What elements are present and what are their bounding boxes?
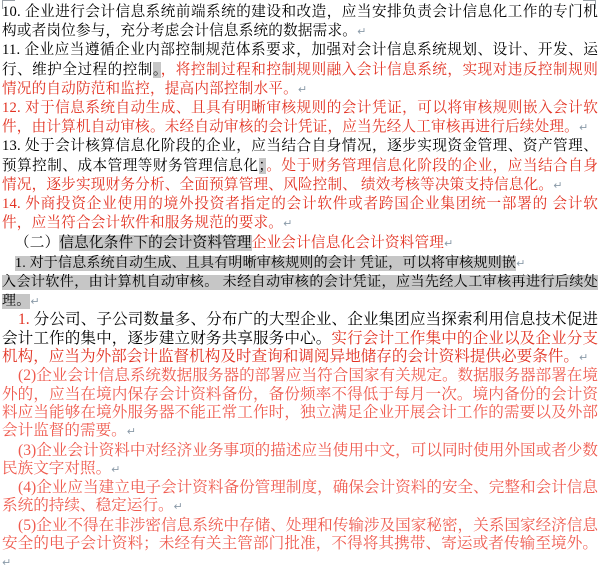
paragraph-duplicated-item-1: 1. 对于信息系统自动生成、且具有明晰审核规则的会计 凭证，可以将审核规则嵌↵入… [2,254,598,311]
heading-old-title-highlighted: 信息化条件下的会计资料管理 [59,235,251,251]
highlighted-text-run: 入会计软件，由计算机自动审核。 未经自动审核的会计凭证，应当先经人工审核再进行后… [2,275,598,309]
highlighted-text-run: ； [259,158,267,174]
paragraph-mark: ↵ [174,500,183,513]
paragraph-sub-3: (3)企业会计资料中对经济业务事项的描述应当使用中文，可以同时使用外国或者少数民… [2,442,598,480]
paragraph-mark: ↵ [30,295,39,308]
section-heading: （二）信息化条件下的会计资料管理企业会计信息化会计资料管理↵ [2,233,598,254]
paragraph-mark: ↵ [2,556,11,569]
revision-text-run: (4)企业应当建立电子会计资料备份管理制度，确保会计资料的安全、完整和会计信息系… [2,479,598,514]
heading-new-title-revision: 企业会计信息化会计资料管理 [252,235,444,251]
paragraph-mark: ↵ [444,237,453,250]
paragraph-item-14: 14. 外商投资企业使用的境外投资者指定的会计软件或者跨国企业集团统一部署的 会… [2,195,598,233]
highlighted-text-run: 1. 对于信息系统自动生成、且具有明晰审核规则的会计 凭证，可以将审核规则嵌 [15,256,516,271]
text-boundary-mark-top-right [583,0,596,9]
revision-number-run: 1. [18,311,30,328]
revision-text-run: (5)企业不得在非涉密信息系统中存储、处理和传输涉及国家秘密，关系国家经济信息安… [2,517,598,552]
paragraph-mark: ↵ [553,179,562,192]
paragraph-sub-5: (5)企业不得在非涉密信息系统中存储、处理和传输涉及国家秘密，关系国家经济信息安… [2,517,598,573]
line-break-mark: ↵ [516,257,525,270]
revision-text-run: 14. 外商投资企业使用的境外投资者指定的会计软件或者跨国企业集团统一部署的 会… [2,196,598,231]
revision-text-run: (3)企业会计资料中对经济业务事项的描述应当使用中文，可以同时使用外国或者少数民… [2,442,598,477]
paragraph-item-13: 13. 处于会计核算信息化阶段的企业，应当结合自身情况，逐步实现资金管理、资产管… [2,137,598,195]
paragraph-mark: ↵ [127,425,136,438]
paragraph-mark: ↵ [111,463,120,476]
paragraph-sub-1: 1. 分公司、子公司数量多、分布广的大型企业、企业集团应当探索利用信息技术促进会… [2,311,598,367]
text-run: 10. 企业进行会计信息系统前端系统的建设和改造，应当安排负责会计信息化工作的专… [2,4,598,39]
heading-prefix: （二） [15,235,59,251]
highlighted-text-run: 。 [153,62,161,78]
paragraph-mark: ↵ [283,217,292,230]
revision-text-run: 12. 对于信息系统自动生成、且具有明晰审核规则的会计凭证，可以将审核规则嵌入会… [2,100,598,135]
paragraph-mark: ↵ [357,25,366,38]
paragraph-item-10: 10. 企业进行会计信息系统前端系统的建设和改造，应当安排负责会计信息化工作的专… [2,3,598,41]
paragraph-item-11: 11. 企业应当遵循企业内部控制规范体系要求，加强对会计信息系统规划、设计、开发… [2,41,598,99]
paragraph-mark: ↵ [579,351,588,364]
paragraph-mark: ↵ [298,83,307,96]
revision-text-run: (2)企业会计信息系统数据服务器的部署应当符合国家有关规定。数据服务器部署在境外… [2,367,598,439]
text-boundary-mark-top-left [2,0,15,9]
paragraph-sub-4: (4)企业应当建立电子会计资料备份管理制度，确保会计资料的安全、完整和会计信息系… [2,479,598,517]
document-page: 10. 企业进行会计信息系统前端系统的建设和改造，应当安排负责会计信息化工作的专… [0,0,600,573]
paragraph-item-12: 12. 对于信息系统自动生成、且具有明晰审核规则的会计凭证，可以将审核规则嵌入会… [2,99,598,137]
paragraph-sub-2: (2)企业会计信息系统数据服务器的部署应当符合国家有关规定。数据服务器部署在境外… [2,367,598,441]
paragraph-mark: ↵ [579,121,588,134]
